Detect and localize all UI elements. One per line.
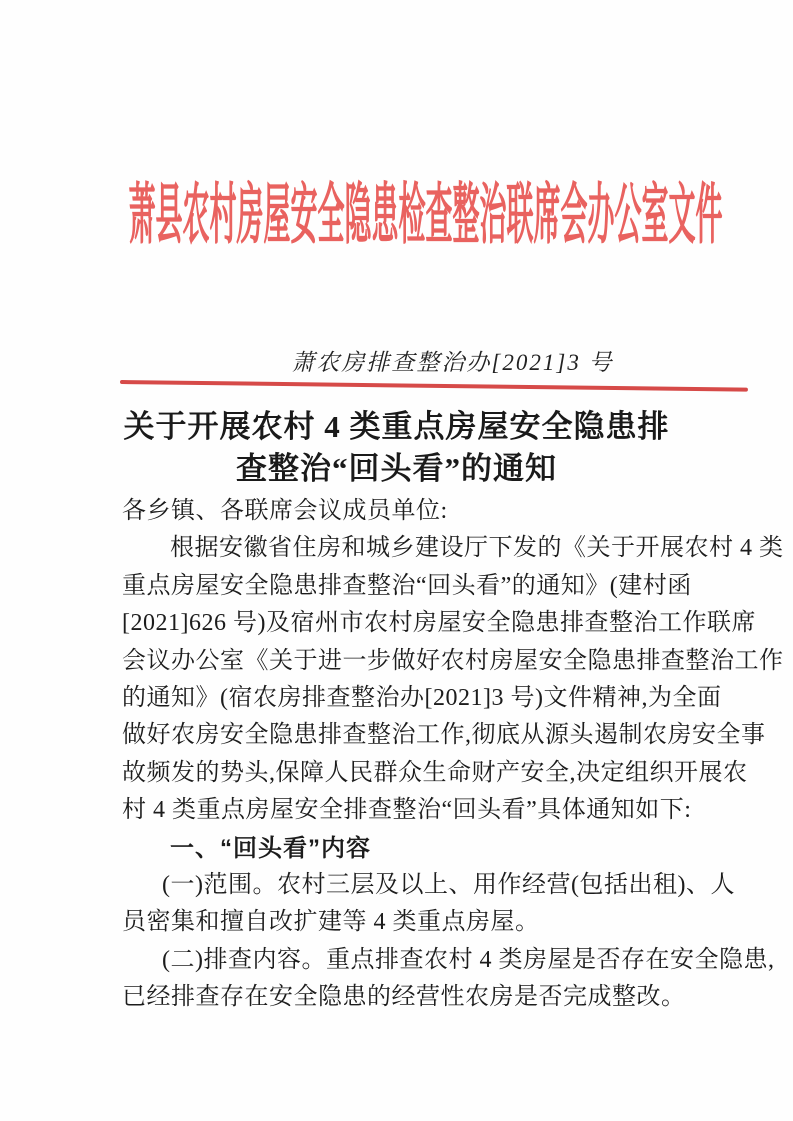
scanned-document-page: 萧县农村房屋安全隐患检查整治联席会办公室文件 萧农房排查整治办[2021]3 号… <box>0 0 793 1121</box>
body-text-line: 故频发的势头,保障人民群众生命财产安全,决定组织开展农 <box>122 755 722 792</box>
document-reference-number: 萧农房排查整治办[2021]3 号 <box>56 344 793 377</box>
section-heading: 一、“回头看”内容 <box>122 830 722 867</box>
red-divider-rule <box>120 380 748 392</box>
document-body: 各乡镇、各联席会议成员单位: 根据安徽省住房和城乡建设厅下发的《关于开展农村 4… <box>122 493 722 1016</box>
body-text-line: 村 4 类重点房屋安全排查整治“回头看”具体通知如下: <box>122 792 722 829</box>
body-text-line: 的通知》(宿农房排查整治办[2021]3 号)文件精神,为全面 <box>122 680 722 717</box>
body-text-line: 会议办公室《关于进一步做好农村房屋安全隐患排查整治工作 <box>122 643 722 680</box>
salutation-line: 各乡镇、各联席会议成员单位: <box>122 493 722 530</box>
document-title-line-2: 查整治“回头看”的通知 <box>45 448 748 490</box>
body-text-line: 根据安徽省住房和城乡建设厅下发的《关于开展农村 4 类 <box>122 530 722 567</box>
body-text-line: (一)范围。农村三层及以上、用作经营(包括出租)、人 <box>122 867 722 904</box>
body-text-line: 已经排查存在安全隐患的经营性农房是否完成整改。 <box>122 979 722 1016</box>
body-text-line: 做好农房安全隐患排查整治工作,彻底从源头遏制农房安全事 <box>122 717 722 754</box>
body-text-line: 员密集和擅自改扩建等 4 类重点房屋。 <box>122 904 722 941</box>
body-text-line: [2021]626 号)及宿州市农村房屋安全隐患排查整治工作联席 <box>122 605 722 642</box>
document-title-line-1: 关于开展农村 4 类重点房屋安全隐患排 <box>45 406 748 448</box>
body-text-line: 重点房屋安全隐患排查整治“回头看”的通知》(建村函 <box>122 568 722 605</box>
document-title: 关于开展农村 4 类重点房屋安全隐患排 查整治“回头看”的通知 <box>45 406 748 490</box>
document-masthead-banner: 萧县农村房屋安全隐患检查整治联席会办公室文件 <box>29 129 793 301</box>
body-text-line: (二)排查内容。重点排查农村 4 类房屋是否存在安全隐患, <box>122 942 722 979</box>
